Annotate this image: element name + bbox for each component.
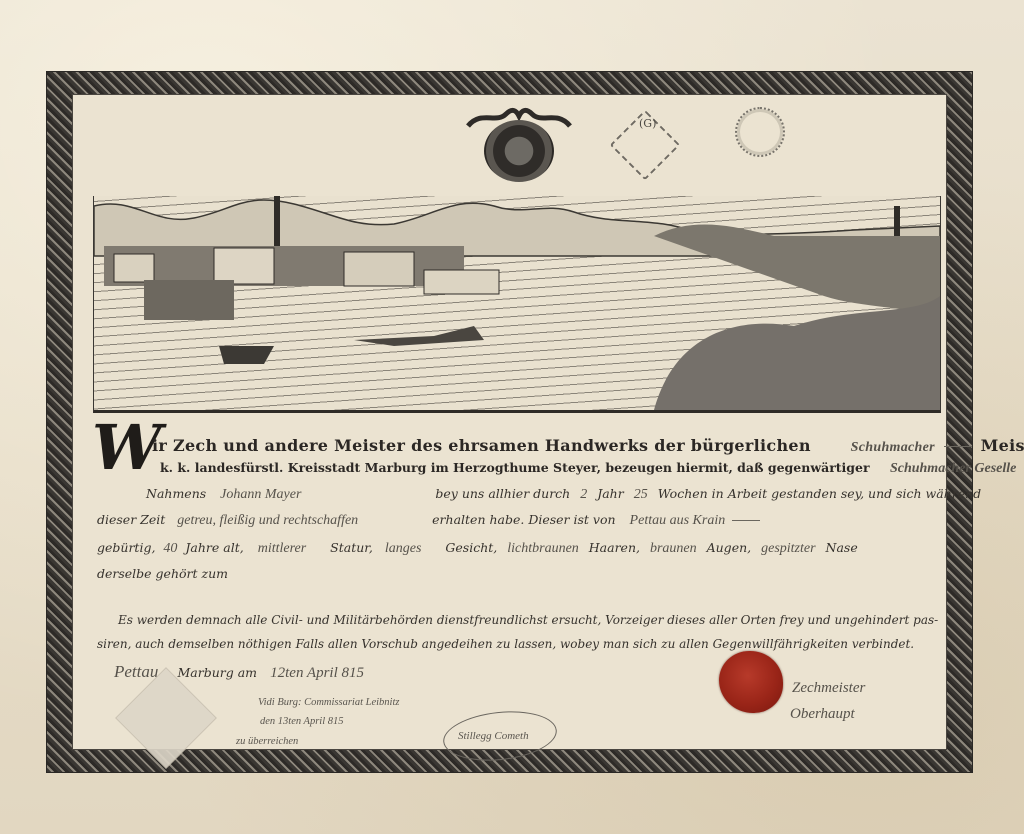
body-line-6: derselbe gehört zum [97,566,228,581]
handwritten-occupation: Schuhmacher Geselle [890,461,1016,476]
handwritten-name: Johann Mayer [220,487,301,502]
printed-text: erhalten habe. Dieser ist von [432,512,615,527]
handwritten-date: 12ten April 815 [270,665,364,681]
handwritten-stature: mittlerer [258,541,306,556]
handwritten-conduct: getreu, fleißig und rechtschaffen [177,513,358,528]
handwritten-hair: lichtbraunen [507,541,579,556]
printed-text: gebürtig, [97,540,155,555]
printed-text: Wochen in Arbeit gestanden sey, und sich… [658,486,981,501]
handwritten-eyes: braunen [650,541,697,556]
handwritten-weeks: 25 [634,487,648,502]
handwritten-years: 2 [580,487,587,502]
handwritten-origin: Pettau aus Krain [630,513,726,528]
date-line: Pettau Marburg am 12ten April 815 [114,662,364,682]
printed-text: Marburg am [177,665,257,680]
printed-text: bey uns allhier durch [435,486,570,501]
heading-line-2: k. k. landesfürstl. Kreisstadt Marburg i… [160,460,1024,477]
printed-text: Haaren, [589,540,640,555]
printed-text: Jahr [597,486,624,501]
oval-signature: Stillegg Cometh [458,730,529,742]
decorative-initial: W [92,418,152,484]
body-line-5: gebürtig, 40 Jahre alt, mittlerer Statur… [97,540,858,557]
paragraph-2-line-2: siren, auch demselben nöthigen Falls all… [97,637,914,651]
handwritten-face: langes [385,541,422,556]
signature-guildmaster: Zechmeister [792,680,865,697]
printed-text: Gesicht, [445,540,497,555]
visa-line-3: zu überreichen [236,736,298,747]
printed-text: Jahre alt, [185,540,243,555]
printed-text: Nase [826,540,858,555]
handwritten-trade: Schuhmacher [851,440,935,455]
heading-line-1: ir Zech und andere Meister des ehrsamen … [152,436,1024,456]
printed-text: Meister in der [981,436,1024,455]
town-panorama-engraving [93,196,941,413]
town-crest-seal-icon [484,120,554,182]
landscape-illustration [94,196,940,410]
body-line-3: Nahmens Johann Mayer bey uns allhier dur… [146,486,981,503]
signature-head: Oberhaupt [790,706,855,723]
handwritten-nose: gespitzter [761,541,815,556]
handwritten-age: 40 [163,541,177,556]
red-wax-seal-icon [719,651,783,713]
printed-text: dieser Zeit [97,512,165,527]
handwritten-place: Pettau [114,662,158,681]
visa-line-1: Vidi Burg: Commissariat Leibnitz [258,697,399,708]
stamp-letter: (G) [639,117,656,130]
printed-text: k. k. landesfürstl. Kreisstadt Marburg i… [160,460,870,475]
paragraph-2-line-1: Es werden demnach alle Civil- und Militä… [118,613,938,627]
fill-dash [732,520,760,521]
fill-dash [944,446,972,447]
round-stamp-icon [735,107,785,157]
printed-text: Augen, [707,540,752,555]
printed-text: ir Zech und andere Meister des ehrsamen … [152,436,811,455]
printed-text: Statur, [330,540,373,555]
body-line-4: dieser Zeit getreu, fleißig und rechtsch… [97,512,763,529]
printed-text: Nahmens [146,486,206,501]
visa-line-2: den 13ten April 815 [260,716,344,727]
certificate-body [72,94,947,750]
